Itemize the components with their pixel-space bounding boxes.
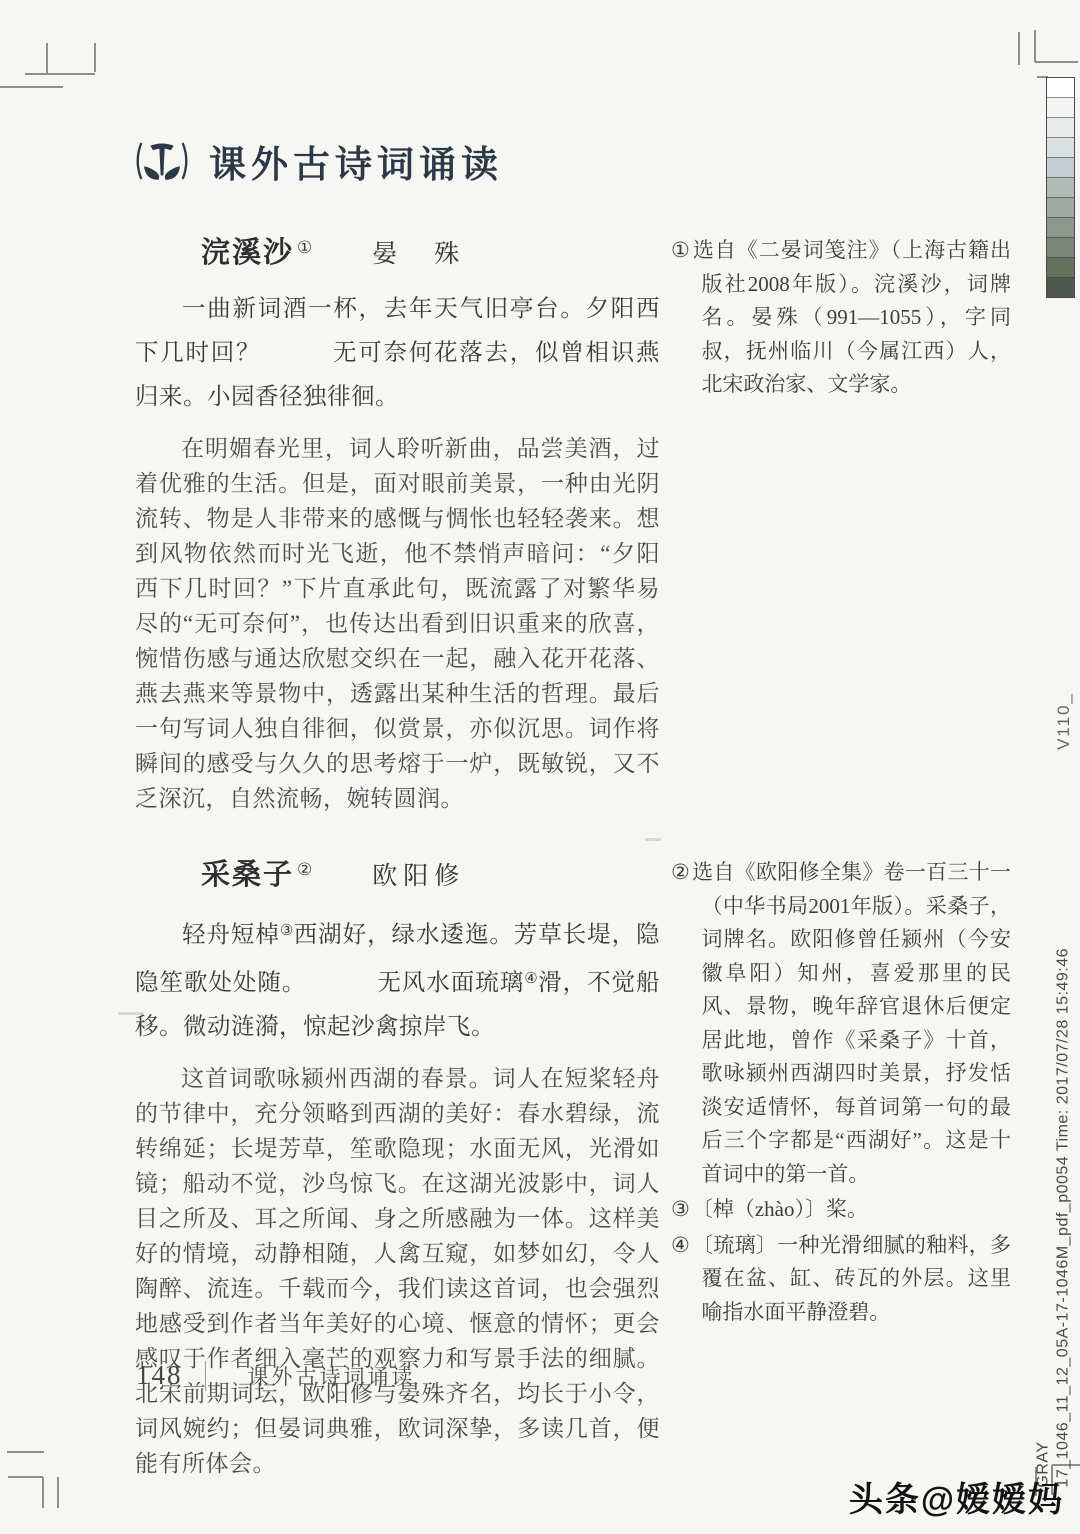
poem-title: 采桑子 <box>201 859 294 891</box>
footnote-ref-3: ③ <box>280 923 294 939</box>
poem-text: 轻舟短棹③西湖好，绿水逶迤。芳草长堤，隐隐笙歌处处随。无风水面琉璃④滑，不觉船移… <box>135 909 660 1049</box>
margin-gray-label: GRAY <box>1034 948 1054 1488</box>
poem-author: 晏 殊 <box>372 241 465 268</box>
annotation-4: ④〔琉璃〕一种光滑细腻的釉料，多覆在盆、缸、砖瓦的外层。这里喻指水面平静澄碧。 <box>671 1229 1011 1330</box>
calibration-strip <box>1046 77 1075 298</box>
annotation-text: 选自《二晏词笺注》（上海古籍出版社2008年版）。浣溪沙，词牌名。晏殊（991—… <box>693 238 1011 396</box>
toutiao-watermark: 头条@嫒嫒妈 <box>849 1472 1064 1521</box>
footnote-ref-4: ④ <box>524 971 538 987</box>
unit-header: 课外古诗词诵读 <box>135 134 1011 188</box>
annotation-marker: ① <box>671 238 691 262</box>
unit-title: 课外古诗词诵读 <box>209 134 503 188</box>
margin-version-code: V110_ <box>1054 692 1074 750</box>
poem-segment: 无风水面琉璃 <box>377 970 524 996</box>
calibration-cell <box>1047 178 1074 198</box>
page-footer: 148 课外古诗词诵读 <box>136 1360 416 1391</box>
calibration-cell <box>1047 98 1074 118</box>
poem-heading: 采桑子②欧阳修 <box>201 852 660 893</box>
poem-text: 一曲新词酒一杯，去年天气旧亭台。夕阳西下几时回？无可奈何花落去，似曾相识燕归来。… <box>135 287 660 419</box>
poem-main-column: 浣溪沙①晏 殊 一曲新词酒一杯，去年天气旧亭台。夕阳西下几时回？无可奈何花落去，… <box>135 230 660 816</box>
footer-divider <box>205 1361 206 1391</box>
annotation-text: 〔琉璃〕一种光滑细腻的釉料，多覆在盆、缸、砖瓦的外层。这里喻指水面平静澄碧。 <box>692 1233 1011 1324</box>
crop-mark-top-left <box>0 0 150 100</box>
textbook-page: V110_ GRAY 17_1046_11_12_05A-17-1046M_pd… <box>0 0 1080 1534</box>
calibration-cell <box>1047 138 1074 158</box>
margin-scan-code: GRAY 17_1046_11_12_05A-17-1046M_pdf_p005… <box>1034 948 1074 1488</box>
page-number: 148 <box>136 1360 183 1391</box>
annotation-1: ①选自《二晏词笺注》（上海古籍出版社2008年版）。浣溪沙，词牌名。晏殊（991… <box>671 234 1011 402</box>
annotation-column: ②选自《欧阳修全集》卷一百三十一（中华书局2001年版）。采桑子，词牌名。欧阳修… <box>671 852 1011 1331</box>
page-content: 课外古诗词诵读 浣溪沙①晏 殊 一曲新词酒一杯，去年天气旧亭台。夕阳西下几时回？… <box>135 118 1011 1481</box>
poem-segment: 轻舟短棹 <box>182 922 280 948</box>
calibration-cell <box>1047 218 1074 238</box>
poem-section-huanxisha: 浣溪沙①晏 殊 一曲新词酒一杯，去年天气旧亭台。夕阳西下几时回？无可奈何花落去，… <box>135 230 1011 816</box>
calibration-cell <box>1047 278 1074 297</box>
footnote-ref-2: ② <box>297 860 314 879</box>
annotation-marker: ④ <box>671 1233 690 1257</box>
poem-title: 浣溪沙 <box>201 237 294 269</box>
calibration-cell <box>1047 118 1074 138</box>
margin-file-string: 17_1046_11_12_05A-17-1046M_pdf_p0054 Tim… <box>1054 948 1074 1488</box>
calibration-cell <box>1047 78 1074 98</box>
annotation-2: ②选自《欧阳修全集》卷一百三十一（中华书局2001年版）。采桑子，词牌名。欧阳修… <box>671 856 1011 1191</box>
annotation-marker: ② <box>671 860 690 884</box>
annotation-3: ③〔棹（zhào）〕桨。 <box>671 1193 1011 1227</box>
annotation-text: 选自《欧阳修全集》卷一百三十一（中华书局2001年版）。采桑子，词牌名。欧阳修曾… <box>692 860 1011 1186</box>
annotation-column: ①选自《二晏词笺注》（上海古籍出版社2008年版）。浣溪沙，词牌名。晏殊（991… <box>671 230 1011 404</box>
crop-mark-bottom-left <box>0 1440 80 1520</box>
footer-section-title: 课外古诗词诵读 <box>226 1361 416 1391</box>
annotation-marker: ③ <box>671 1197 690 1221</box>
poem-author: 欧阳修 <box>372 863 465 890</box>
calibration-cell <box>1047 158 1074 178</box>
footnote-ref-1: ① <box>297 238 314 257</box>
calibration-cell <box>1047 238 1074 258</box>
poem-heading: 浣溪沙①晏 殊 <box>201 230 660 271</box>
calibration-cell <box>1047 258 1074 278</box>
annotation-text: 〔棹（zhào）〕桨。 <box>692 1197 868 1221</box>
calibration-cell <box>1047 198 1074 218</box>
poem-analysis: 这首词歌咏颍州西湖的春景。词人在短桨轻舟的节律中，充分领略到西湖的美好：春水碧绿… <box>135 1061 660 1481</box>
poem-analysis: 在明媚春光里，词人聆听新曲，品尝美酒，过着优雅的生活。但是，面对眼前美景，一种由… <box>135 431 660 816</box>
unit-logo-icon <box>135 134 189 188</box>
